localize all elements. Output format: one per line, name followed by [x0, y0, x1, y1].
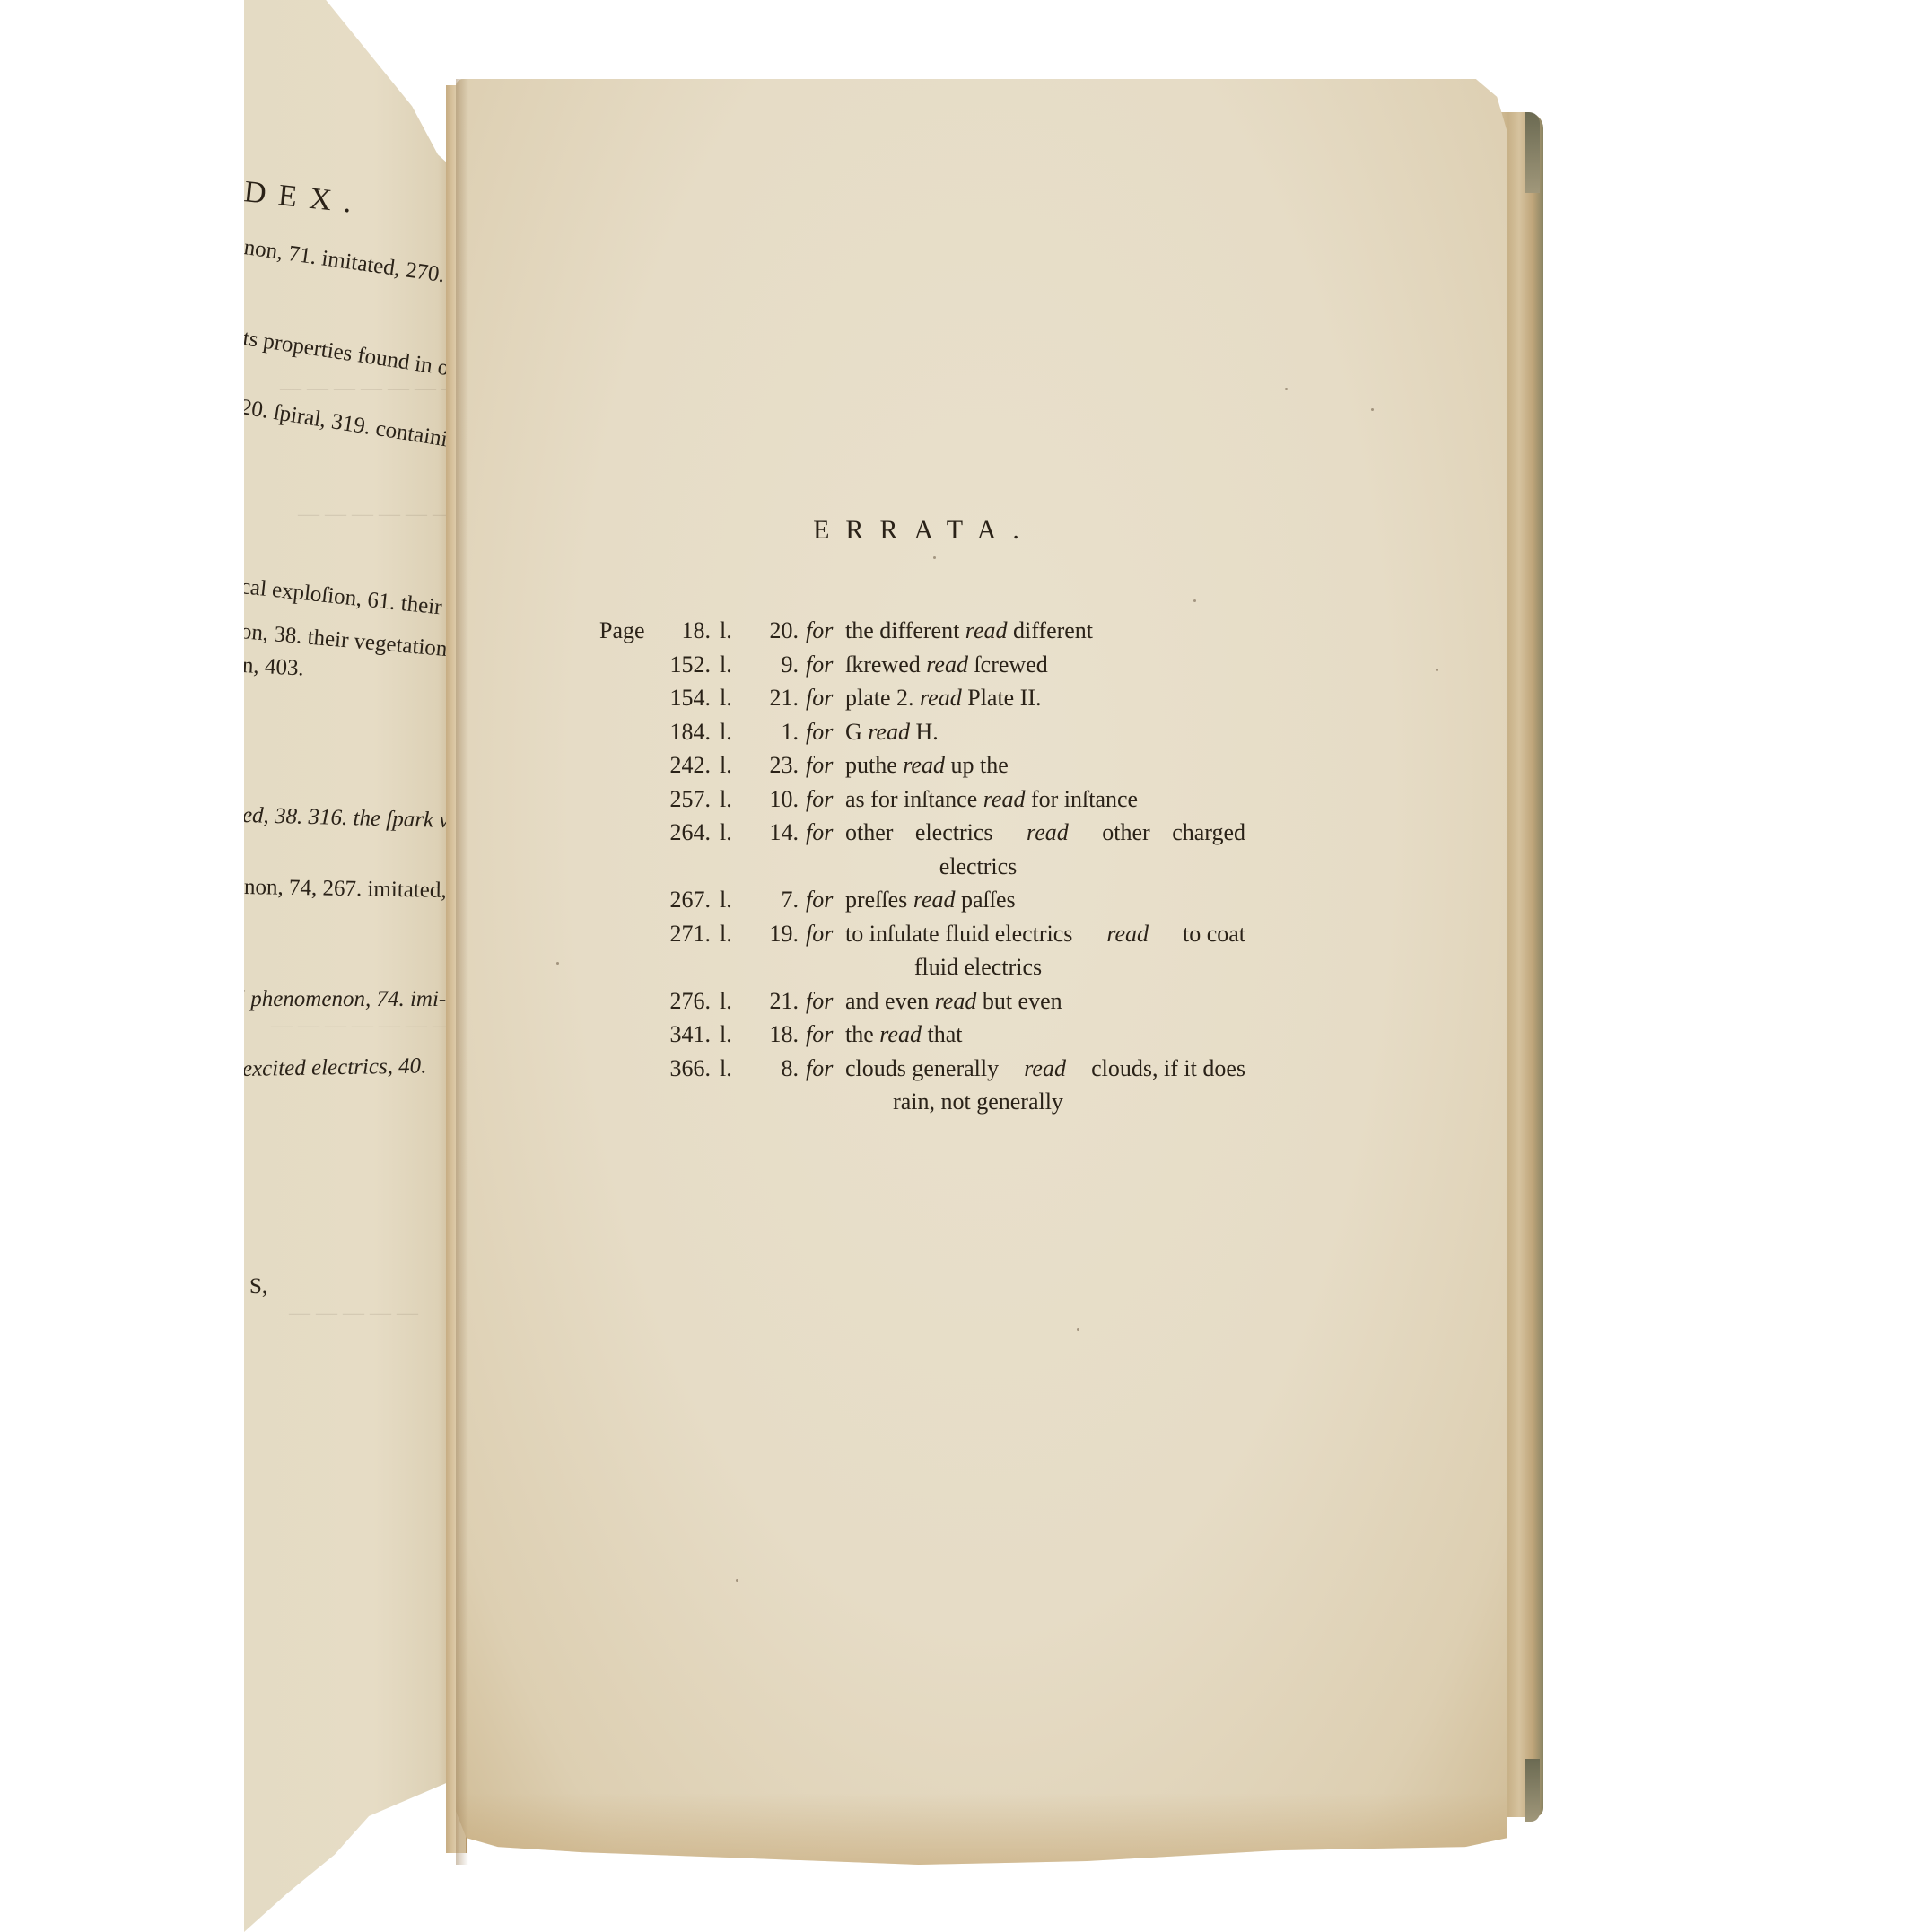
line-abbr: l. — [720, 917, 757, 951]
index-line: l phenomenon, 74. imi- — [244, 987, 446, 1012]
book-cover-edge — [1525, 1759, 1540, 1822]
paper-speck — [1193, 599, 1196, 602]
line-abbr: l. — [720, 883, 757, 917]
page-number: 152. — [669, 648, 720, 682]
read-word: read — [920, 685, 962, 711]
line-abbr: l. — [720, 816, 757, 850]
erratum-entry: Page 18. l. 20. for the different read d… — [599, 614, 1245, 648]
page-number: 154. — [669, 681, 720, 715]
correction: to inſulate fluid electricsreadto coat — [845, 917, 1245, 951]
right-text: H. — [915, 719, 938, 745]
line-number: 19. — [757, 917, 806, 951]
line-number: 21. — [757, 984, 806, 1018]
show-through-text: — — — — — — — [298, 503, 454, 527]
right-text: ſcrewed — [974, 651, 1047, 678]
paper-speck — [933, 556, 936, 559]
index-line: 20. ſpiral, 319. containing — [244, 395, 459, 456]
line-number: 14. — [757, 816, 806, 850]
correction: other electricsreadother charged — [845, 816, 1245, 850]
continuation-text: electrics — [845, 850, 1245, 884]
wrong-text: the — [845, 1021, 874, 1047]
right-text: up the — [950, 752, 1008, 778]
wrong-text: the different — [845, 617, 959, 643]
paper-speck — [1436, 669, 1438, 671]
for-word: for — [806, 614, 845, 648]
correction: and even read but even — [845, 984, 1245, 1018]
erratum-entry: 152. l. 9. for ſkrewed read ſcrewed — [599, 648, 1245, 682]
line-abbr: l. — [720, 1052, 757, 1086]
correction: the different read different — [845, 614, 1245, 648]
for-word: for — [806, 816, 845, 850]
erratum-entry: 267. l. 7. for preſſes read paſſes — [599, 883, 1245, 917]
read-word: read — [1106, 917, 1149, 951]
line-number: 21. — [757, 681, 806, 715]
for-word: for — [806, 681, 845, 715]
page-number: 267. — [669, 883, 720, 917]
correction: preſſes read paſſes — [845, 883, 1245, 917]
for-word: for — [806, 984, 845, 1018]
erratum-entry: 341. l. 18. for the read that — [599, 1018, 1245, 1052]
erratum-entry: 271. l. 19. for to inſulate fluid electr… — [599, 917, 1245, 984]
right-text: for inſtance — [1031, 786, 1138, 812]
line-number: 10. — [757, 782, 806, 817]
show-through-text: — — — — — — [289, 1301, 418, 1325]
erratum-entry: 242. l. 23. for puthe read up the — [599, 748, 1245, 782]
wrong-text: other electrics — [845, 816, 993, 850]
page-number: 18. — [669, 614, 720, 648]
correction: G read H. — [845, 715, 1245, 749]
for-word: for — [806, 1052, 845, 1086]
index-line: S, — [249, 1274, 267, 1299]
page-number: 264. — [669, 816, 720, 850]
erratum-entry: 184. l. 1. for G read H. — [599, 715, 1245, 749]
read-word: read — [983, 786, 1026, 812]
page-number: 276. — [669, 984, 720, 1018]
erratum-entry: 257. l. 10. for as for inſtance read for… — [599, 782, 1245, 817]
index-line: excited electrics, 40. — [244, 1053, 427, 1082]
line-abbr: l. — [720, 614, 757, 648]
index-heading-fragment: DEX. — [244, 175, 366, 222]
line-abbr: l. — [720, 782, 757, 817]
wrong-text: plate 2. — [845, 685, 914, 711]
for-word: for — [806, 917, 845, 951]
paper-speck — [556, 962, 559, 965]
for-word: for — [806, 648, 845, 682]
erratum-entry: 154. l. 21. for plate 2. read Plate II. — [599, 681, 1245, 715]
right-text: but even — [983, 988, 1062, 1014]
index-line: ed, 38. 316. the ſpark viſi- — [244, 803, 459, 835]
line-number: 23. — [757, 748, 806, 782]
paper-speck — [736, 1579, 738, 1582]
continuation-text: rain, not generally — [845, 1085, 1245, 1119]
wrong-text: puthe — [845, 752, 897, 778]
paper-speck — [1371, 408, 1374, 411]
line-number: 1. — [757, 715, 806, 749]
for-word: for — [806, 715, 845, 749]
line-number: 20. — [757, 614, 806, 648]
line-abbr: l. — [720, 648, 757, 682]
for-word: for — [806, 883, 845, 917]
correction: ſkrewed read ſcrewed — [845, 648, 1245, 682]
read-word: read — [903, 752, 945, 778]
wrong-text: preſſes — [845, 887, 907, 913]
page-number: 341. — [669, 1018, 720, 1052]
right-text: other charged — [1102, 816, 1245, 850]
errata-list: Page 18. l. 20. for the different read d… — [599, 614, 1245, 1119]
paper-speck — [1077, 1328, 1079, 1331]
right-text: paſſes — [961, 887, 1016, 913]
paper-speck — [1285, 388, 1288, 390]
erratum-entry: 366. l. 8. for clouds generallyreadcloud… — [599, 1052, 1245, 1119]
line-abbr: l. — [720, 681, 757, 715]
page-label: Page — [599, 614, 669, 648]
read-word: read — [935, 988, 977, 1014]
right-text: Plate II. — [967, 685, 1041, 711]
page-number: 366. — [669, 1052, 720, 1086]
read-word: read — [879, 1021, 922, 1047]
right-text: that — [927, 1021, 962, 1047]
show-through-text: — — — — — — — — [271, 1014, 454, 1038]
read-word: read — [926, 651, 968, 678]
errata-title: ERRATA. — [790, 515, 1059, 546]
wrong-text: clouds generally — [845, 1052, 999, 1086]
for-word: for — [806, 1018, 845, 1052]
right-text: to coat — [1183, 917, 1245, 951]
page-number: 271. — [669, 917, 720, 951]
index-line: non, 71. imitated, 270. — [244, 235, 446, 288]
correction: clouds generallyreadclouds, if it does — [845, 1052, 1245, 1086]
index-line: cal exploſion, 61. their vege- — [244, 574, 459, 626]
right-text: clouds, if it does — [1091, 1052, 1245, 1086]
erratum-entry: 276. l. 21. for and even read but even — [599, 984, 1245, 1018]
read-word: read — [1024, 1052, 1066, 1086]
line-number: 8. — [757, 1052, 806, 1086]
read-word: read — [965, 617, 1008, 643]
correction: puthe read up the — [845, 748, 1245, 782]
page-number: 242. — [669, 748, 720, 782]
wrong-text: and even — [845, 988, 929, 1014]
line-abbr: l. — [720, 715, 757, 749]
line-abbr: l. — [720, 1018, 757, 1052]
left-page-text: — — — — — — — — — — — — — — — — — — — — … — [244, 0, 459, 1932]
read-word: read — [868, 719, 910, 745]
read-word: read — [913, 887, 956, 913]
show-through-text: — — — — — — — — [280, 377, 459, 401]
book-cover-edge — [1525, 112, 1540, 193]
wrong-text: ſkrewed — [845, 651, 921, 678]
for-word: for — [806, 782, 845, 817]
continuation-text: fluid electrics — [845, 950, 1245, 984]
correction: plate 2. read Plate II. — [845, 681, 1245, 715]
page-number: 257. — [669, 782, 720, 817]
erratum-entry: 264. l. 14. for other electricsreadother… — [599, 816, 1245, 883]
correction: as for inſtance read for inſtance — [845, 782, 1245, 817]
wrong-text: to inſulate fluid electrics — [845, 917, 1072, 951]
for-word: for — [806, 748, 845, 782]
correction: the read that — [845, 1018, 1245, 1052]
line-number: 7. — [757, 883, 806, 917]
line-number: 9. — [757, 648, 806, 682]
right-text: different — [1013, 617, 1093, 643]
wrong-text: G — [845, 719, 862, 745]
line-abbr: l. — [720, 984, 757, 1018]
page-shadow — [456, 79, 468, 1865]
index-line: n, 403. — [244, 653, 304, 682]
wrong-text: as for inſtance — [845, 786, 977, 812]
page-number: 184. — [669, 715, 720, 749]
line-number: 18. — [757, 1018, 806, 1052]
line-abbr: l. — [720, 748, 757, 782]
read-word: read — [1027, 816, 1069, 850]
index-line: non, 74, 267. imitated, — [244, 875, 447, 904]
